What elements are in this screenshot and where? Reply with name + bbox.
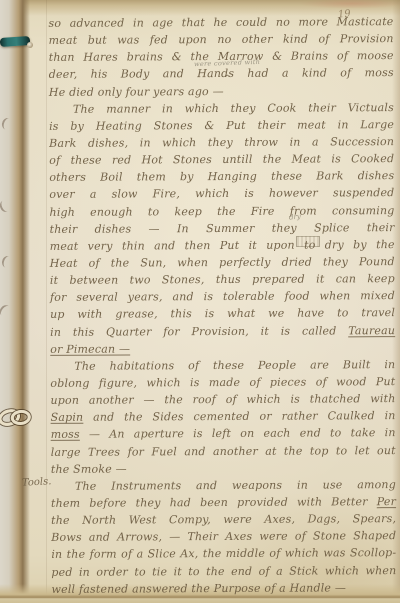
- manuscript-line: or Pimecan —: [50, 339, 395, 358]
- manuscript-line: so advanced in age that he could no more…: [48, 13, 393, 32]
- manuscript-line: large Trees for Fuel and another at the …: [51, 442, 396, 461]
- line-text: and the Sides cemented or rather Caulked…: [83, 409, 395, 424]
- manuscript-text: so advanced in age that he could no more…: [48, 13, 396, 598]
- manuscript-line: The Instruments and weapons in use among: [51, 476, 396, 495]
- manuscript-line: well fastened answered the Purpose of a …: [51, 579, 396, 598]
- manuscript-line: ped in order to tie it to the end of a S…: [51, 562, 396, 581]
- paper-fold-line: [46, 0, 47, 603]
- manuscript-line: Bark dishes, in which they throw in a Su…: [49, 133, 394, 152]
- manuscript-line: is by Heating Stones & Put their meat in…: [49, 116, 394, 135]
- manuscript-line: of these red Hot Stones untill the Meat …: [49, 150, 394, 169]
- manuscript-line: their dishes — In Summer they Splice the…: [50, 219, 395, 238]
- pencil-note: dry: [289, 212, 302, 221]
- manuscript-line: the Smoke —: [51, 459, 396, 478]
- manuscript-line: He died only four years ago —: [49, 82, 394, 101]
- line-text: in this Quarter for Provision, it is cal…: [50, 324, 348, 339]
- underlined-word: moss: [51, 428, 80, 441]
- manuscript-page-scan: 19 so advanced in age that he could no m…: [0, 0, 400, 603]
- manuscript-line: them before they had been provided with …: [51, 493, 396, 512]
- manuscript-line: for several years, and is tolerable food…: [50, 287, 395, 306]
- line-text: them before they had been provided with …: [51, 495, 377, 510]
- underlined-word: or Pimecan —: [50, 342, 130, 355]
- manuscript-line: meat very thin and then Put it upon to d…: [50, 236, 395, 255]
- manuscript-line: high enough to keep the Fire from consum…: [49, 202, 394, 221]
- manuscript-line: in this Quarter for Provision, it is cal…: [50, 322, 395, 341]
- pencil-box-mark: [296, 236, 320, 247]
- manuscript-line: up with grease, this is what we have to …: [50, 304, 395, 323]
- manuscript-line: the North West Compy, were Axes, Dags, S…: [51, 510, 396, 529]
- margin-note-tools: Tools.: [22, 476, 52, 489]
- manuscript-line: Bows and Arrows, — Their Axes were of St…: [51, 527, 396, 546]
- cord-loop: [10, 409, 31, 426]
- manuscript-line: others Boil them by Hanging these Bark d…: [49, 167, 394, 186]
- underlined-word: Taureau: [348, 324, 395, 337]
- manuscript-line: Sapin and the Sides cemented or rather C…: [51, 407, 396, 426]
- underlined-word: Sapin: [51, 411, 84, 424]
- manuscript-line: upon another — the roof of which is that…: [50, 390, 395, 409]
- manuscript-line: The manner in which they Cook their Vict…: [49, 99, 394, 118]
- manuscript-line: over a slow Fire, which is however suspe…: [49, 185, 394, 204]
- caret-mark: ^: [224, 74, 231, 83]
- manuscript-line: oblong figure, which is made of pieces o…: [50, 373, 395, 392]
- line-text: — An aperture is left on each end to tak…: [80, 426, 396, 441]
- manuscript-line: it between two Stones, thus prepared it …: [50, 270, 395, 289]
- underlined-word: Per: [377, 495, 396, 508]
- manuscript-line: The habitations of these People are Buil…: [50, 356, 395, 375]
- binding-gutter: [0, 0, 30, 603]
- manuscript-line: moss — An aperture is left on each end t…: [51, 424, 396, 443]
- manuscript-line: in the form of a Slice Ax, the middle of…: [51, 544, 396, 563]
- binding-hole: [27, 42, 33, 48]
- manuscript-line: deer, his Body and Hands had a kind of m…: [49, 65, 394, 84]
- manuscript-line: Heat of the Sun, when perfectly dried th…: [50, 253, 395, 272]
- manuscript-line: meat but was fed upon no other kind of P…: [49, 30, 394, 49]
